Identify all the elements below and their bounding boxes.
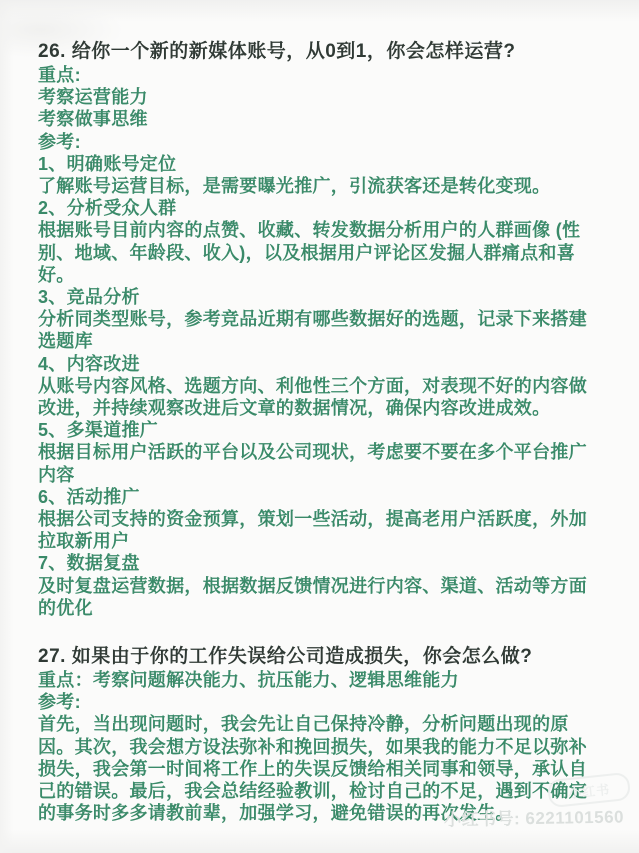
point-detail: 根据账号目前内容的点赞、收藏、转发数据分析用户的人群画像 (性别、地域、年龄段、… [38, 219, 600, 286]
focus-line: 重点：考察问题解决能力、抗压能力、逻辑思维能力 [38, 669, 600, 691]
point-detail: 根据目标用户活跃的平台以及公司现状，考虑要不要在多个平台推广内容 [38, 441, 600, 485]
point-detail: 及时复盘运营数据，根据数据反馈情况进行内容、渠道、活动等方面的优化 [38, 575, 600, 619]
point-title: 3、竞品分析 [38, 286, 600, 308]
question-26-heading: 26. 给你一个新的新媒体账号，从0到1，你会怎样运营? [38, 40, 600, 64]
document-photo: 26. 给你一个新的新媒体账号，从0到1，你会怎样运营? 重点: 考察运营能力 … [0, 0, 639, 853]
focus-item: 考察运营能力 [38, 86, 600, 108]
point-title: 4、内容改进 [38, 353, 600, 375]
question-27-heading: 27. 如果由于你的工作失误给公司造成损失，你会怎么做? [38, 645, 600, 669]
point-title: 5、多渠道推广 [38, 419, 600, 441]
point-title: 2、分析受众人群 [38, 197, 600, 219]
point-detail: 了解账号运营目标，是需要曝光推广，引流获客还是转化变现。 [38, 175, 600, 197]
focus-label: 重点: [38, 64, 600, 86]
question-26-block: 26. 给你一个新的新媒体账号，从0到1，你会怎样运营? 重点: 考察运营能力 … [38, 40, 600, 619]
focus-item: 考察做事思维 [38, 108, 600, 130]
reference-label: 参考: [38, 131, 600, 153]
reference-label: 参考: [38, 691, 600, 713]
notes-content: 26. 给你一个新的新媒体账号，从0到1，你会怎样运营? 重点: 考察运营能力 … [38, 40, 600, 825]
question-27-block: 27. 如果由于你的工作失误给公司造成损失，你会怎么做? 重点：考察问题解决能力… [38, 645, 600, 824]
answer-paragraph: 首先，当出现问题时，我会先让自己保持冷静，分析问题出现的原因。其次，我会想方设法… [38, 713, 600, 824]
point-title: 1、明确账号定位 [38, 153, 600, 175]
point-title: 6、活动推广 [38, 486, 600, 508]
point-detail: 分析同类型账号，参考竞品近期有哪些数据好的选题，记录下来搭建选题库 [38, 308, 600, 352]
point-detail: 根据公司支持的资金预算，策划一些活动，提高老用户活跃度，外加拉取新用户 [38, 508, 600, 552]
point-detail: 从账号内容风格、选题方向、利他性三个方面，对表现不好的内容做改进，并持续观察改进… [38, 375, 600, 419]
point-title: 7、数据复盘 [38, 552, 600, 574]
